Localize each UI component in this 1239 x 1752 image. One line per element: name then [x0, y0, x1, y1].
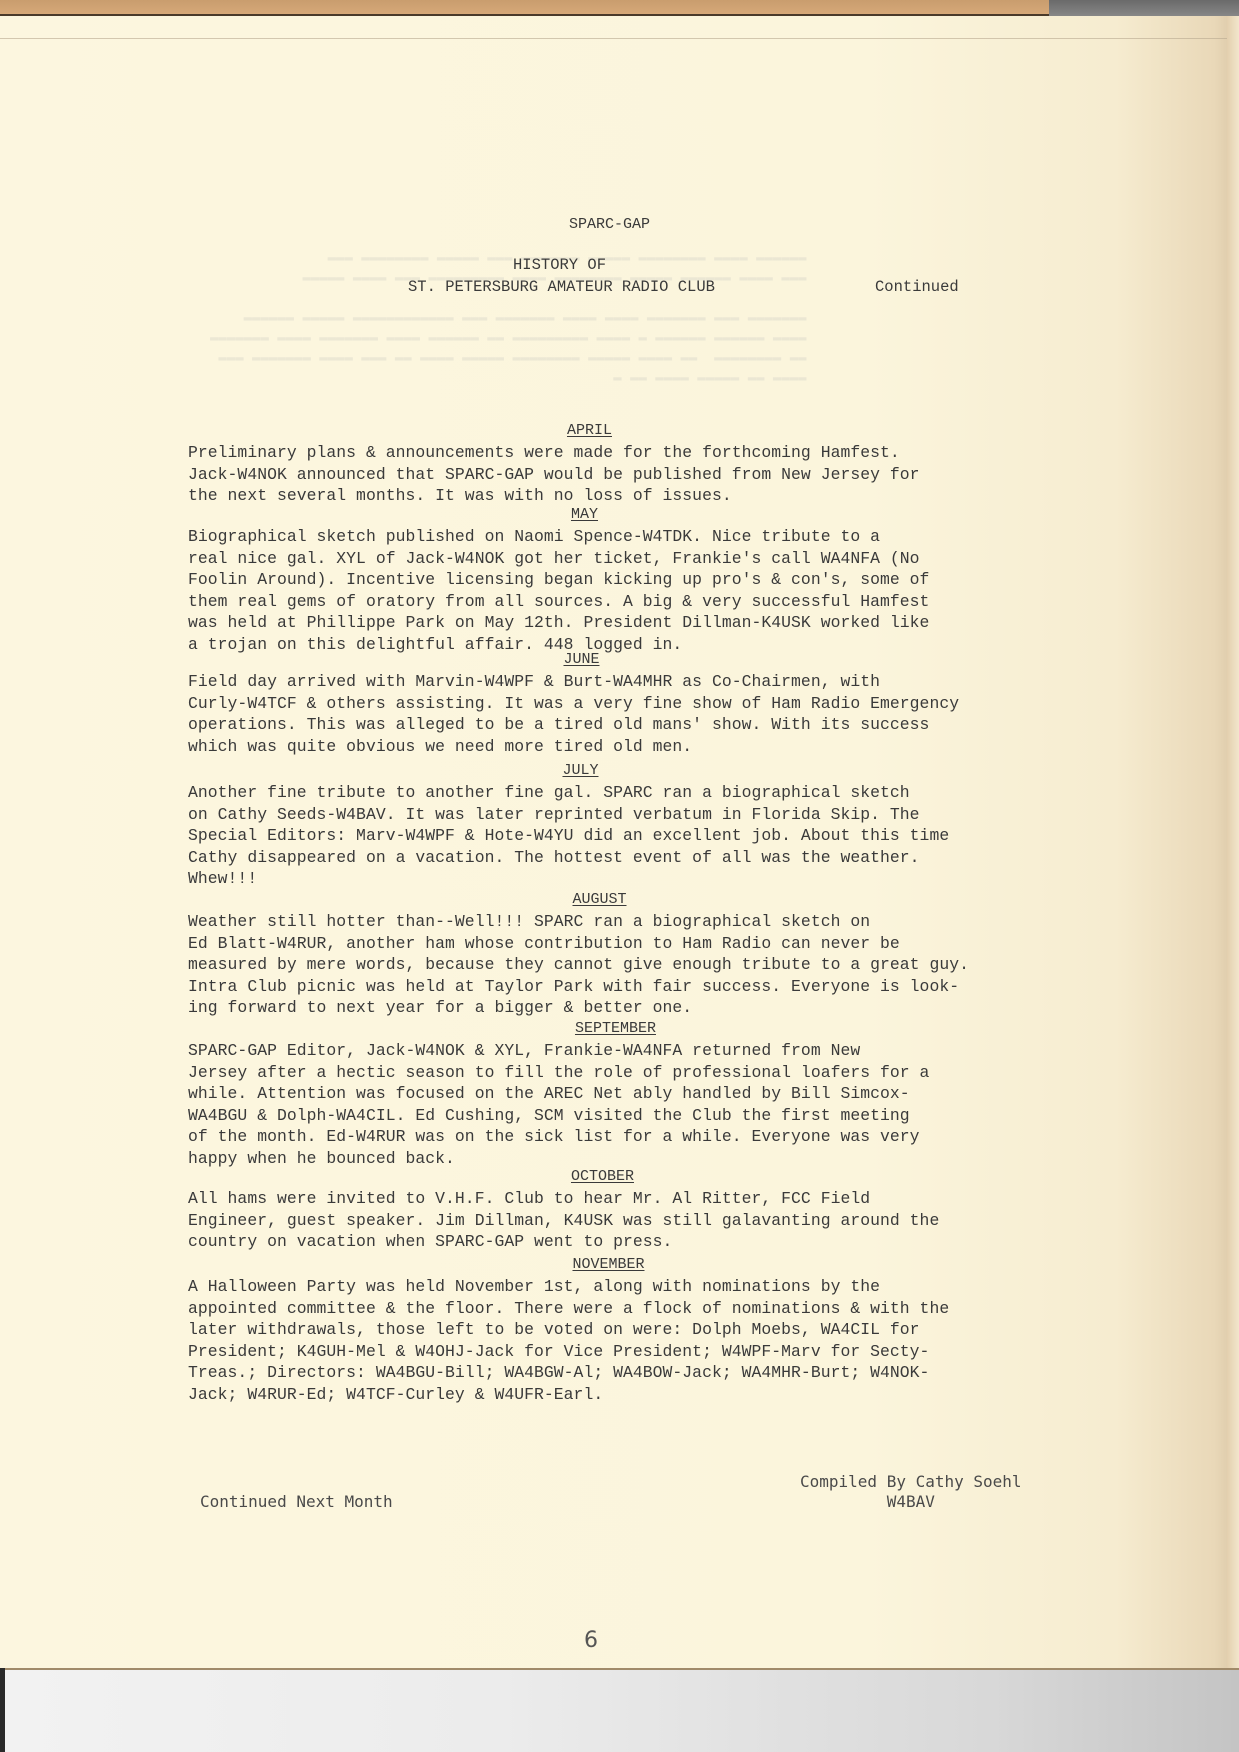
- compiled-by: Compiled By Cathy Soehl: [800, 1472, 1022, 1492]
- paragraph-line: Cathy disappeared on a vacation. The hot…: [188, 847, 1038, 869]
- paper-fold-line: [0, 38, 1239, 39]
- paragraph-line: Special Editors: Marv-W4WPF & Hote-W4YU …: [188, 825, 1038, 847]
- month-paragraph-april: Preliminary plans & announcements were m…: [188, 442, 1038, 507]
- paragraph-line: them real gems of oratory from all sourc…: [188, 591, 1038, 613]
- month-heading-may: MAY: [0, 506, 1204, 523]
- month-paragraph-november: A Halloween Party was held November 1st,…: [188, 1276, 1038, 1405]
- paragraph-line: happy when he bounced back.: [188, 1148, 1038, 1170]
- paragraph-line: Curly-W4TCF & others assisting. It was a…: [188, 693, 1038, 715]
- paragraph-line: All hams were invited to V.H.F. Club to …: [188, 1188, 1038, 1210]
- month-paragraph-may: Biographical sketch published on Naomi S…: [188, 526, 1038, 655]
- publication-name: SPARC-GAP: [0, 216, 1219, 233]
- paragraph-line: Ed Blatt-W4RUR, another ham whose contri…: [188, 933, 1038, 955]
- paragraph-line: Field day arrived with Marvin-W4WPF & Bu…: [188, 671, 1038, 693]
- paragraph-line: Intra Club picnic was held at Taylor Par…: [188, 976, 1038, 998]
- month-paragraph-june: Field day arrived with Marvin-W4WPF & Bu…: [188, 671, 1038, 757]
- paragraph-line: operations. This was alleged to be a tir…: [188, 714, 1038, 736]
- continued-label: Continued: [875, 278, 959, 296]
- month-paragraph-october: All hams were invited to V.H.F. Club to …: [188, 1188, 1038, 1253]
- paragraph-line: WA4BGU & Dolph-WA4CIL. Ed Cushing, SCM v…: [188, 1105, 1038, 1127]
- paragraph-line: Treas.; Directors: WA4BGU-Bill; WA4BGW-A…: [188, 1362, 1038, 1384]
- continued-next-month: Continued Next Month: [200, 1492, 393, 1511]
- paragraph-line: Weather still hotter than--Well!!! SPARC…: [188, 911, 1038, 933]
- paragraph-line: appointed committee & the floor. There w…: [188, 1298, 1038, 1320]
- paragraph-line: President; K4GUH-Mel & W4OHJ-Jack for Vi…: [188, 1341, 1038, 1363]
- paragraph-line: Jack-W4NOK announced that SPARC-GAP woul…: [188, 464, 1038, 486]
- month-heading-june: JUNE: [0, 651, 1201, 668]
- paragraph-line: ing forward to next year for a bigger & …: [188, 997, 1038, 1019]
- paragraph-line: real nice gal. XYL of Jack-W4NOK got her…: [188, 548, 1038, 570]
- paragraph-line: Engineer, guest speaker. Jim Dillman, K4…: [188, 1210, 1038, 1232]
- title-history-of: HISTORY OF: [513, 256, 606, 274]
- paragraph-line: of the month. Ed-W4RUR was on the sick l…: [188, 1126, 1038, 1148]
- month-paragraph-september: SPARC-GAP Editor, Jack-W4NOK & XYL, Fran…: [188, 1040, 1038, 1169]
- month-heading-april: APRIL: [0, 422, 1209, 439]
- paragraph-line: Whew!!!: [188, 868, 1038, 890]
- compiler-callsign: W4BAV: [800, 1492, 1022, 1512]
- paragraph-line: Biographical sketch published on Naomi S…: [188, 526, 1038, 548]
- paragraph-line: Another fine tribute to another fine gal…: [188, 782, 1038, 804]
- paragraph-line: country on vacation when SPARC-GAP went …: [188, 1231, 1038, 1253]
- month-paragraph-july: Another fine tribute to another fine gal…: [188, 782, 1038, 890]
- title-club-name: ST. PETERSBURG AMATEUR RADIO CLUB: [408, 278, 715, 296]
- page-number: 6: [584, 1628, 598, 1653]
- scanner-bed-edge: [0, 1668, 5, 1752]
- paragraph-line: on Cathy Seeds-W4BAV. It was later repri…: [188, 804, 1038, 826]
- paragraph-line: was held at Phillippe Park on May 12th. …: [188, 612, 1038, 634]
- paragraph-line: Jersey after a hectic season to fill the…: [188, 1062, 1038, 1084]
- paragraph-line: SPARC-GAP Editor, Jack-W4NOK & XYL, Fran…: [188, 1040, 1038, 1062]
- paragraph-line: while. Attention was focused on the AREC…: [188, 1083, 1038, 1105]
- month-heading-october: OCTOBER: [0, 1168, 1222, 1185]
- compiled-by-block: Compiled By Cathy Soehl W4BAV: [800, 1472, 1022, 1512]
- paragraph-line: measured by mere words, because they can…: [188, 954, 1038, 976]
- paper-right-edge: [1227, 16, 1239, 1668]
- paragraph-line: Foolin Around). Incentive licensing bega…: [188, 569, 1038, 591]
- paragraph-line: which was quite obvious we need more tir…: [188, 736, 1038, 758]
- scanner-bed: [0, 1668, 1239, 1752]
- paragraph-line: the next several months. It was with no …: [188, 485, 1038, 507]
- paragraph-line: later withdrawals, those left to be vote…: [188, 1319, 1038, 1341]
- paragraph-line: Preliminary plans & announcements were m…: [188, 442, 1038, 464]
- paragraph-line: Jack; W4RUR-Ed; W4TCF-Curley & W4UFR-Ear…: [188, 1384, 1038, 1406]
- month-heading-september: SEPTEMBER: [0, 1020, 1235, 1037]
- month-paragraph-august: Weather still hotter than--Well!!! SPARC…: [188, 911, 1038, 1019]
- month-heading-november: NOVEMBER: [0, 1256, 1228, 1273]
- paragraph-line: A Halloween Party was held November 1st,…: [188, 1276, 1038, 1298]
- month-heading-july: JULY: [0, 762, 1200, 779]
- month-heading-august: AUGUST: [0, 891, 1219, 908]
